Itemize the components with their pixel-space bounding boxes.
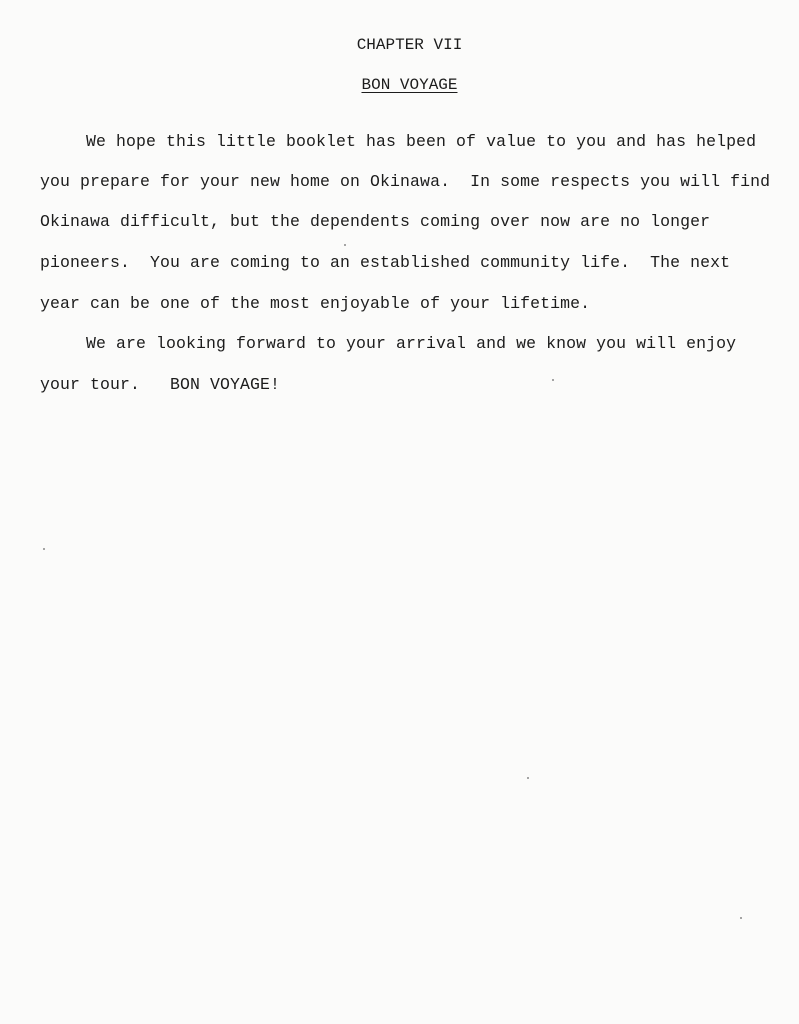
paper-speck — [527, 777, 529, 779]
paper-speck — [344, 244, 346, 246]
paragraph-line: you prepare for your new home on Okinawa… — [40, 172, 770, 191]
chapter-heading: CHAPTER VII — [0, 36, 799, 54]
paragraph-line: We are looking forward to your arrival a… — [86, 334, 736, 353]
chapter-title-text: BON VOYAGE — [361, 76, 457, 94]
paper-speck — [552, 379, 554, 381]
paper-speck — [43, 548, 45, 550]
paragraph-line: your tour. BON VOYAGE! — [40, 375, 280, 394]
chapter-title: BON VOYAGE — [0, 76, 799, 94]
document-page: CHAPTER VII BON VOYAGE We hope this litt… — [0, 0, 799, 1024]
paragraph-line: year can be one of the most enjoyable of… — [40, 294, 590, 313]
paper-speck — [740, 917, 742, 919]
paragraph-line: Okinawa difficult, but the dependents co… — [40, 212, 710, 231]
paragraph-line: We hope this little booklet has been of … — [86, 132, 756, 151]
paragraph-line: pioneers. You are coming to an establish… — [40, 253, 730, 272]
